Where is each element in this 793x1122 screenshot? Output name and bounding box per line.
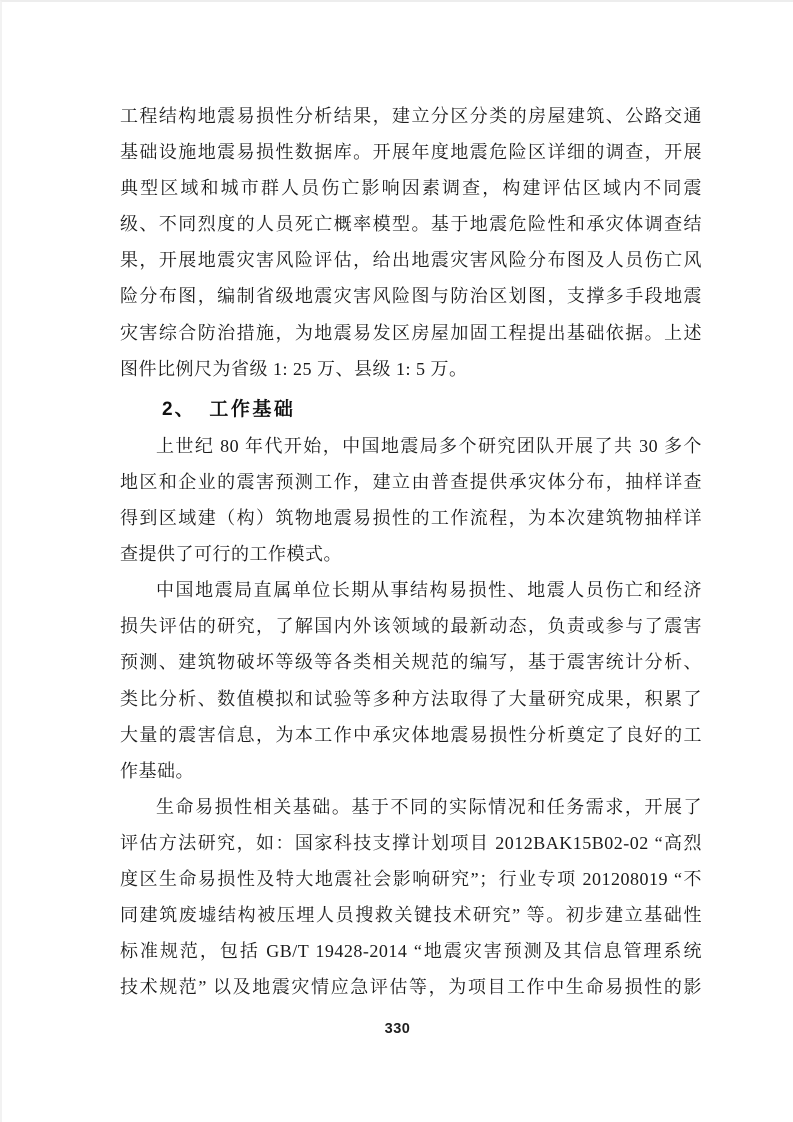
text-line: 评估方法研究，如：国家科技支撑计划项目 2012BAK15B02-02 “高烈: [120, 825, 702, 861]
text-line: 大量的震害信息，为本工作中承灾体地震易损性分析奠定了良好的工: [120, 717, 702, 753]
text-line: 级、不同烈度的人员死亡概率模型。基于地震危险性和承灾体调查结: [120, 206, 702, 242]
text-line: 果，开展地震灾害风险评估，给出地震灾害风险分布图及人员伤亡风: [120, 242, 702, 278]
paragraph-risk-assessment: 工程结构地震易损性分析结果，建立分区分类的房屋建筑、公路交通 基础设施地震易损性…: [120, 98, 702, 387]
document-page: 工程结构地震易损性分析结果，建立分区分类的房屋建筑、公路交通 基础设施地震易损性…: [0, 0, 793, 1122]
text-line: 基础设施地震易损性数据库。开展年度地震危险区详细的调查，开展: [120, 134, 702, 170]
text-line: 度区生命易损性及特大地震社会影响研究”；行业专项 201208019 “不: [120, 861, 702, 897]
text-line: 标准规范，包括 GB/T 19428-2014 “地震灾害预测及其信息管理系统: [120, 933, 702, 969]
page-footer: 330: [2, 1020, 793, 1038]
text-line: 图件比例尺为省级 1: 25 万、县级 1: 5 万。: [120, 351, 702, 387]
document-body: 工程结构地震易损性分析结果，建立分区分类的房屋建筑、公路交通 基础设施地震易损性…: [120, 98, 702, 1005]
text-line: 预测、建筑物破坏等级等各类相关规范的编写，基于震害统计分析、: [120, 644, 702, 680]
text-line: 中国地震局直属单位长期从事结构易损性、地震人员伤亡和经济: [120, 572, 702, 608]
section-title: 工作基础: [209, 399, 295, 420]
text-line: 工程结构地震易损性分析结果，建立分区分类的房屋建筑、公路交通: [120, 98, 702, 134]
text-line: 得到区域建（构）筑物地震易损性的工作流程，为本次建筑物抽样详: [120, 500, 702, 536]
paragraph-life-vulnerability: 生命易损性相关基础。基于不同的实际情况和任务需求，开展了 评估方法研究，如：国家…: [120, 789, 702, 1006]
text-line: 类比分析、数值模拟和试验等多种方法取得了大量研究成果，积累了: [120, 681, 702, 717]
text-line: 典型区域和城市群人员伤亡影响因素调查，构建评估区域内不同震: [120, 170, 702, 206]
section-number: 2、: [162, 399, 196, 420]
section-heading: 2、 工作基础: [120, 392, 702, 428]
text-line: 生命易损性相关基础。基于不同的实际情况和任务需求，开展了: [120, 789, 702, 825]
text-line: 同建筑废墟结构被压埋人员搜救关键技术研究” 等。初步建立基础性: [120, 897, 702, 933]
text-line: 查提供了可行的工作模式。: [120, 536, 702, 572]
paragraph-work-history: 上世纪 80 年代开始，中国地震局多个研究团队开展了共 30 多个 地区和企业的…: [120, 428, 702, 572]
text-line: 作基础。: [120, 753, 702, 789]
page-number: 330: [385, 1021, 411, 1037]
text-line: 险分布图，编制省级地震灾害风险图与防治区划图，支撑多手段地震: [120, 278, 702, 314]
paragraph-cea-research: 中国地震局直属单位长期从事结构易损性、地震人员伤亡和经济 损失评估的研究，了解国…: [120, 572, 702, 789]
text-line: 损失评估的研究，了解国内外该领域的最新动态，负责或参与了震害: [120, 608, 702, 644]
text-line: 灾害综合防治措施，为地震易发区房屋加固工程提出基础依据。上述: [120, 315, 702, 351]
text-line: 技术规范” 以及地震灾情应急评估等，为项目工作中生命易损性的影: [120, 969, 702, 1005]
text-line: 上世纪 80 年代开始，中国地震局多个研究团队开展了共 30 多个: [120, 428, 702, 464]
text-line: 地区和企业的震害预测工作，建立由普查提供承灾体分布，抽样详查: [120, 464, 702, 500]
